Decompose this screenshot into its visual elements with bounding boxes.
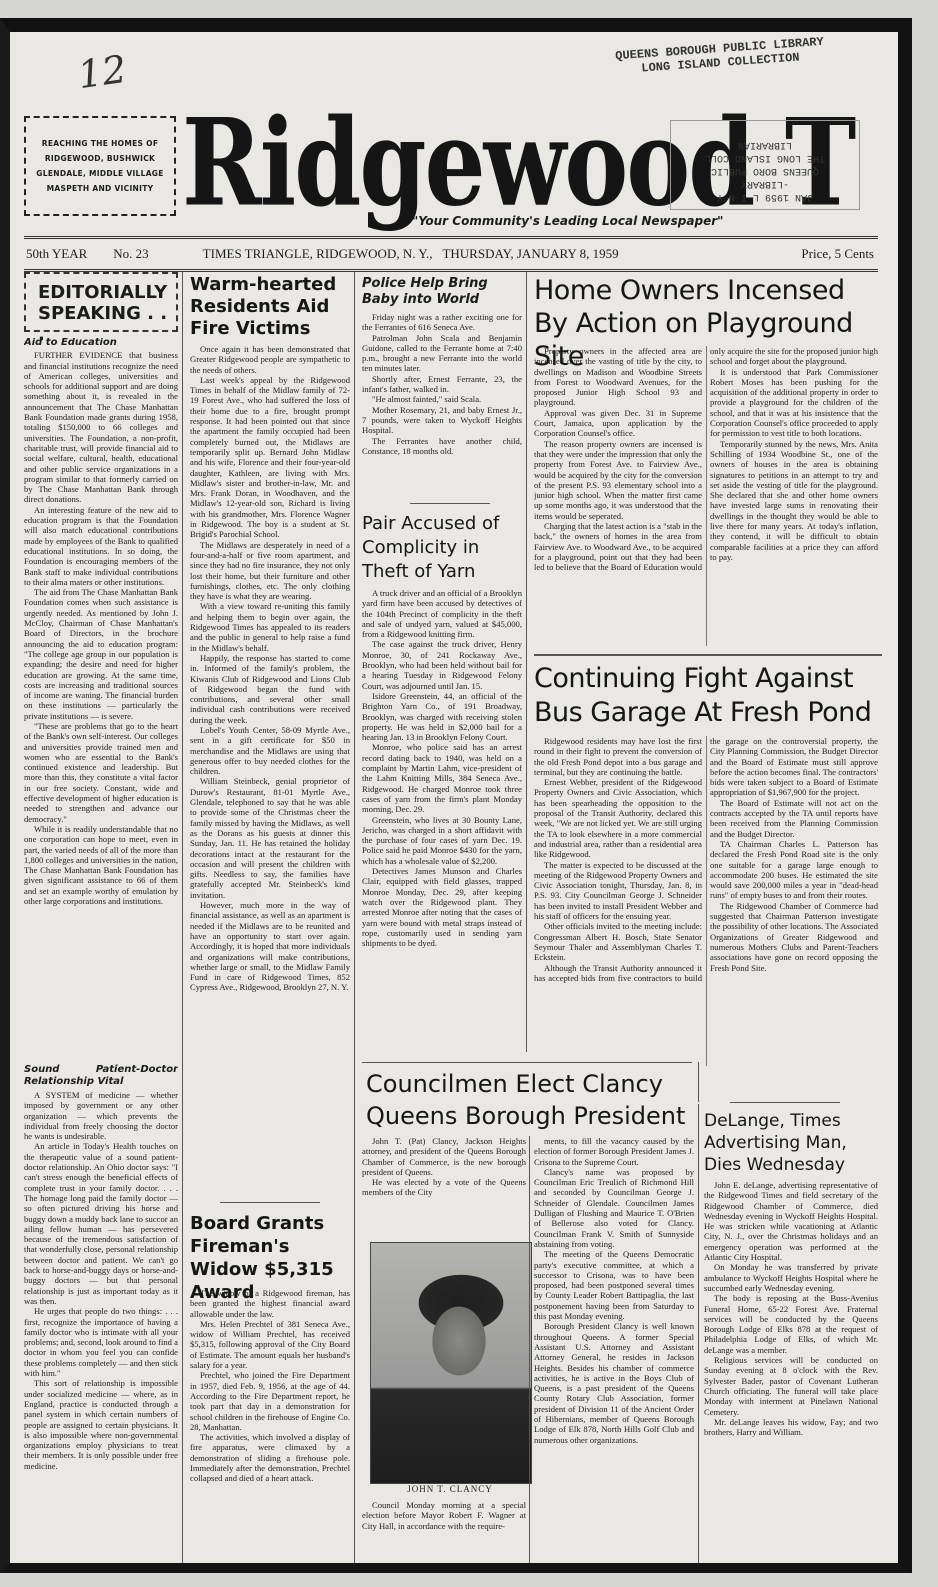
paragraph: Ernest Webber, president of the Ridgewoo… xyxy=(534,777,702,859)
article-clancy-right: ments, to fill the vacancy caused by the… xyxy=(534,1136,694,1566)
editorial-patient-doctor: Sound Patient-Doctor Relationship Vital … xyxy=(24,1064,178,1573)
paragraph: However, much more in the way of financi… xyxy=(190,900,350,993)
article-yarn-theft: A truck driver and an official of a Broo… xyxy=(362,588,522,1058)
slogan: "Your Community's Leading Local Newspape… xyxy=(412,214,723,228)
column-rule xyxy=(526,272,527,1052)
mailing-label: JAN 1959 L I N Y -LIBRARY QUEENS BORO PU… xyxy=(670,120,860,210)
paragraph: Property owners in the affected area are… xyxy=(534,346,702,408)
column-rule xyxy=(354,272,355,1572)
headline-clancy: Councilmen Elect Clancy Queens Borough P… xyxy=(366,1068,696,1132)
paragraph: This sort of relationship is impossible … xyxy=(24,1378,178,1471)
paragraph: The Midlaws are desperately in need of a… xyxy=(190,540,350,602)
paragraph: The Ridgewood Chamber of Commerce had su… xyxy=(710,901,878,973)
coverage-line: REACHING THE HOMES OF xyxy=(42,136,159,151)
coverage-area-box: REACHING THE HOMES OF RIDGEWOOD, BUSHWIC… xyxy=(24,116,176,216)
paragraph: While it is readily understandable that … xyxy=(24,824,178,906)
paragraph: Prechtel, who joined the Fire Department… xyxy=(190,1370,350,1432)
paragraph: ments, to fill the vacancy caused by the… xyxy=(534,1136,694,1167)
article-police-baby: Friday night was a rather exciting one f… xyxy=(362,312,522,492)
location: TIMES TRIANGLE, RIDGEWOOD, N. Y., xyxy=(203,246,433,262)
paragraph: Approval was given Dec. 31 in Supreme Co… xyxy=(534,408,702,439)
library-stamp: QUEENS BOROUGH PUBLIC LIBRARY LONG ISLAN… xyxy=(589,33,850,79)
column-rule xyxy=(698,1104,699,1573)
paragraph: The activities, which involved a display… xyxy=(190,1432,350,1483)
editorial-title: Sound Patient-Doctor Relationship Vital xyxy=(24,1064,178,1088)
paragraph: Lobel's Youth Center, 58-09 Myrtle Ave.,… xyxy=(190,725,350,776)
newspaper-front-page: 12 QUEENS BOROUGH PUBLIC LIBRARY LONG IS… xyxy=(0,18,912,1573)
paragraph: TA Chairman Charles L. Patterson has dec… xyxy=(710,839,878,901)
coverage-line: RIDGEWOOD, BUSHWICK xyxy=(45,151,155,166)
paragraph: Monroe, who police said has an arrest re… xyxy=(362,742,522,814)
article-clancy-left-bottom: Council Monday morning at a special elec… xyxy=(362,1500,526,1570)
editorial-title: Aid to Education xyxy=(24,338,178,348)
editorial-aid-to-education: Aid to Education FURTHER EVIDENCE that b… xyxy=(24,338,178,1058)
paragraph: The reason property owners are incensed … xyxy=(534,439,702,521)
paragraph: With a view toward re-uniting this famil… xyxy=(190,601,350,652)
paragraph: Isidore Greenstein, 44, an official of t… xyxy=(362,691,522,742)
photo-john-clancy xyxy=(370,1242,532,1484)
article-divider xyxy=(220,1202,320,1203)
paragraph: Patrolman John Scala and Benjamin Guidon… xyxy=(362,333,522,374)
paragraph: He was elected by a vote of the Queens m… xyxy=(362,1177,526,1198)
editorial-box: EDITORIALLY SPEAKING . . . xyxy=(24,272,178,332)
paragraph: John T. (Pat) Clancy, Jackson Heights at… xyxy=(362,1136,526,1177)
column-rule xyxy=(182,272,183,1572)
paragraph: The body is reposing at the Buss-Avenius… xyxy=(704,1293,878,1355)
column-rule xyxy=(698,1062,699,1102)
coverage-line: GLENDALE, MIDDLE VILLAGE xyxy=(36,166,163,181)
column-rule xyxy=(529,1136,530,1566)
paragraph: The widow of a Ridgewood fireman, has be… xyxy=(190,1288,350,1319)
paragraph: Once again it has been demonstrated that… xyxy=(190,344,350,375)
paragraph: Temporarily stunned by the news, Mrs. An… xyxy=(710,439,878,563)
mailing-label-line: LIBRARIAN xyxy=(671,138,859,151)
editorial-box-line: EDITORIALLY xyxy=(38,282,176,303)
paragraph: The case against the truck driver, Henry… xyxy=(362,639,522,690)
paragraph: "These are problems that go to the heart… xyxy=(24,721,178,824)
paragraph: Clancy's name was proposed by Councilman… xyxy=(534,1167,694,1249)
article-widow-award: The widow of a Ridgewood fireman, has be… xyxy=(190,1288,350,1572)
paragraph: Mother Rosemary, 21, and baby Ernest Jr.… xyxy=(362,405,522,436)
dateline: 50th YEAR No. 23 TIMES TRIANGLE, RIDGEWO… xyxy=(24,236,878,272)
paragraph: A SYSTEM of medicine — whether imposed b… xyxy=(24,1090,178,1141)
headline-delange: DeLange, Times Advertising Man, Dies Wed… xyxy=(704,1110,879,1176)
paragraph: Detectives James Munson and Charles Clai… xyxy=(362,866,522,948)
article-divider xyxy=(730,1102,840,1103)
paragraph: Friday night was a rather exciting one f… xyxy=(362,312,522,333)
article-delange: John E. deLange, advertising representat… xyxy=(704,1180,878,1570)
mailing-label-line: -LIBRARY xyxy=(671,177,859,190)
paragraph: Greenstein, who lives at 30 Bounty Lane,… xyxy=(362,815,522,866)
paragraph: "He almost fainted," said Scala. xyxy=(362,394,522,404)
article-divider xyxy=(362,1062,692,1063)
mailing-label-line: JAN 1959 L I N Y xyxy=(671,190,859,203)
article-fire-victims: Once again it has been demonstrated that… xyxy=(190,344,350,1179)
paragraph: William Steinbeck, genial proprietor of … xyxy=(190,776,350,900)
paragraph: Shortly after, Ernest Ferrante, 23, the … xyxy=(362,374,522,395)
coverage-line: MASPETH AND VICINITY xyxy=(47,181,154,196)
paragraph: It is understood that Park Commissioner … xyxy=(710,367,878,439)
paragraph: The Board of Estimate will not act on th… xyxy=(710,798,878,839)
photo-caption: JOHN T. CLANCY xyxy=(370,1484,530,1494)
article-playground: Property owners in the affected area are… xyxy=(534,346,878,646)
paragraph: An article in Today's Health touches on … xyxy=(24,1141,178,1306)
headline-yarn-theft: Pair Accused of Complicity in Theft of Y… xyxy=(362,512,522,584)
paragraph: Happily, the response has started to com… xyxy=(190,653,350,725)
article-divider xyxy=(410,503,490,504)
paragraph: FURTHER EVIDENCE that business and finan… xyxy=(24,350,178,504)
headline-bus-garage: Continuing Fight Against Bus Garage At F… xyxy=(534,662,882,730)
paragraph: Religious services will be conducted on … xyxy=(704,1355,878,1417)
year-label: 50th YEAR xyxy=(26,246,87,262)
article-divider xyxy=(534,654,882,656)
issue-date: THURSDAY, JANUARY 8, 1959 xyxy=(442,246,618,262)
paragraph: The matter is expected to be discussed a… xyxy=(534,860,702,922)
paragraph: The meeting of the Queens Democratic par… xyxy=(534,1249,694,1321)
paragraph: Borough President Clancy is well known t… xyxy=(534,1321,694,1445)
article-clancy-left-top: John T. (Pat) Clancy, Jackson Heights at… xyxy=(362,1136,526,1236)
handwritten-mark: 12 xyxy=(75,47,129,97)
paragraph: Mrs. Helen Prechtel of 381 Seneca Ave., … xyxy=(190,1319,350,1370)
paragraph: Council Monday morning at a special elec… xyxy=(362,1500,526,1531)
paragraph: Mr. deLange leaves his widow, Fay; and t… xyxy=(704,1417,878,1438)
paragraph: The Ferrantes have another child, Consta… xyxy=(362,436,522,457)
headline-fire-victims: Warm-hearted Residents Aid Fire Victims xyxy=(190,274,350,340)
headline-police-baby: Police Help Bring Baby into World xyxy=(362,276,522,308)
paragraph: Last week's appeal by the Ridgewood Time… xyxy=(190,375,350,540)
paragraph: John E. deLange, advertising representat… xyxy=(704,1180,878,1262)
mailing-label-line: THE LONG ISLAND COLL xyxy=(671,151,859,164)
paragraph: Ridgewood residents may have lost the fi… xyxy=(534,736,702,777)
paragraph: He urges that people do two things: . . … xyxy=(24,1306,178,1378)
paragraph: An interesting feature of the new aid to… xyxy=(24,505,178,587)
paragraph: A truck driver and an official of a Broo… xyxy=(362,588,522,639)
paragraph: Other officials invited to the meeting i… xyxy=(534,921,702,962)
article-bus-garage: Ridgewood residents may have lost the fi… xyxy=(534,736,878,1066)
mailing-label-line: QUEENS BORO PUBLIC xyxy=(671,164,859,177)
paragraph: The aid from The Chase Manhattan Bank Fo… xyxy=(24,587,178,721)
paragraph: On Monday he was transferred by private … xyxy=(704,1262,878,1293)
issue-number: No. 23 xyxy=(113,246,148,262)
price: Price, 5 Cents xyxy=(801,246,874,262)
